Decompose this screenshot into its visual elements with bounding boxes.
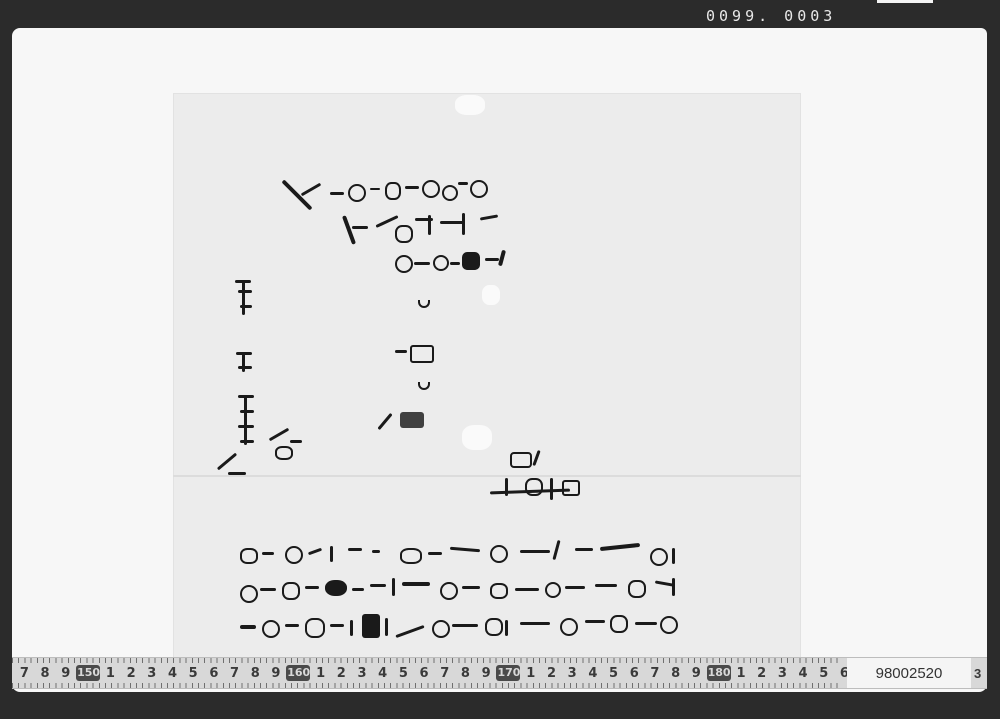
ruler-number: 5 [813,666,834,681]
ruler-number: 5 [603,666,624,681]
ruler-ticks-bottom [12,683,842,688]
ruler-number: 1 [731,666,752,681]
ruler-number-major: 180 [707,665,731,681]
ruler-number: 8 [455,666,476,681]
ruler-id-label: 98002520 [847,658,971,688]
ruler-number: 9 [476,666,497,681]
ruler-number: 2 [121,666,142,681]
ruler-number-major: 170 [496,665,520,681]
ruler-number: 6 [204,666,225,681]
ruler-number-major: 160 [286,665,310,681]
ruler-number: 8 [35,666,56,681]
frame-number: 0099. 0003 [706,7,836,25]
ruler-number: 1 [100,666,121,681]
ruler-number: 6 [414,666,435,681]
ruler-number: 3 [141,666,162,681]
paper-damage [462,425,492,450]
ruler-tail-number: 3 [974,666,981,681]
ruler-number: 4 [583,666,604,681]
ruler-number: 1 [520,666,541,681]
ruler-numbers: 7 8 9 150 1 2 3 4 5 6 7 8 9 160 1 2 3 4 … [14,664,855,682]
document-paper [173,93,801,661]
ruler-number: 7 [645,666,666,681]
ruler-number: 3 [562,666,583,681]
paper-damage [455,95,485,115]
ruler-number: 5 [393,666,414,681]
ruler-number-major: 150 [76,665,100,681]
ruler-number: 7 [14,666,35,681]
ruler-number: 3 [352,666,373,681]
ruler-number: 2 [331,666,352,681]
ruler-number: 8 [665,666,686,681]
ruler-number: 8 [245,666,266,681]
ruler-number: 1 [310,666,331,681]
paper-fold-line [173,475,801,477]
ruler-number: 7 [434,666,455,681]
paper-damage [482,285,500,305]
ruler-number: 9 [266,666,287,681]
ruler-number: 4 [162,666,183,681]
ruler-number: 9 [686,666,707,681]
ruler-number: 4 [372,666,393,681]
ruler-number: 2 [541,666,562,681]
ruler-number: 2 [751,666,772,681]
ruler-number: 3 [772,666,793,681]
ruler-number: 9 [55,666,76,681]
ruler-number: 5 [183,666,204,681]
film-edge-tab [877,0,933,3]
ruler-number: 6 [624,666,645,681]
ruler-number: 4 [793,666,814,681]
measurement-ruler: 7 8 9 150 1 2 3 4 5 6 7 8 9 160 1 2 3 4 … [12,657,987,689]
scan-frame: 0099. 0003 [0,0,1000,719]
ruler-number: 7 [224,666,245,681]
